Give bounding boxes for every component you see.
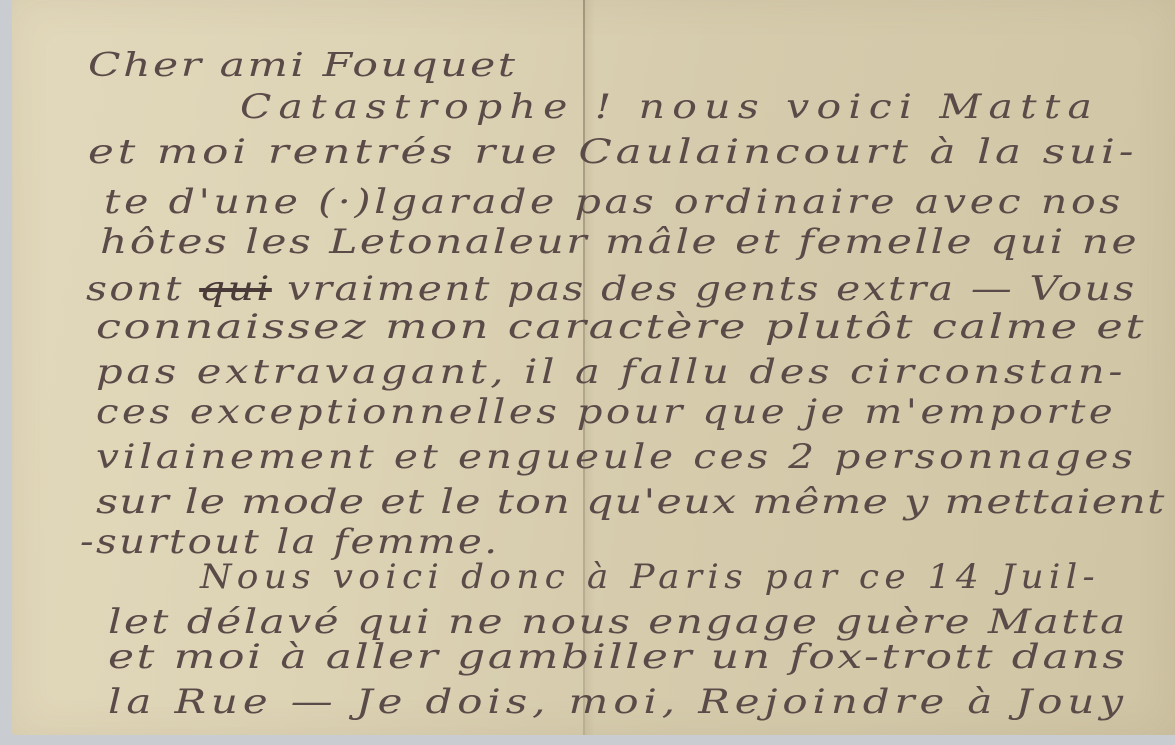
letter-line: sur le mode et le ton qu'eux même y mett… (96, 485, 1166, 519)
letter-line: Nous voici donc à Paris par ce 14 Juil- (200, 560, 1100, 594)
letter-line: -surtout la femme. (80, 525, 499, 559)
letter-line: la Rue — Je dois, moi, Rejoindre à Jouy (108, 685, 1128, 719)
letter-line: Catastrophe ! nous voici Matta (240, 90, 1099, 124)
letter-line: ces exceptionnelles pour que je m'emport… (96, 395, 1116, 429)
letter-word: sont (86, 269, 199, 309)
letter-line: let délavé qui ne nous engage guère Matt… (108, 605, 1128, 639)
letter-line: pas extravagant, il a fallu des circonst… (96, 355, 1126, 389)
letter-line: et moi rentrés rue Caulaincourt à la sui… (88, 135, 1137, 169)
letter-word: vraiment pas des gents extra — Vous (272, 269, 1137, 309)
struck-word: qui (199, 269, 272, 309)
letter-salutation: Cher ami Fouquet (88, 48, 517, 81)
letter-line: te d'une (·)lgarade pas ordinaire avec n… (104, 185, 1124, 219)
letter-line: connaissez mon caractère plutôt calme et (96, 310, 1146, 344)
letter-line: hôtes les Letonaleur mâle et femelle qui… (100, 225, 1139, 259)
letter-line: vilainement et engueule ces 2 personnage… (96, 440, 1137, 474)
letter-line: et moi à aller gambiller un fox-trott da… (108, 640, 1128, 674)
letter-line: sont qui vraiment pas des gents extra — … (86, 272, 1137, 306)
